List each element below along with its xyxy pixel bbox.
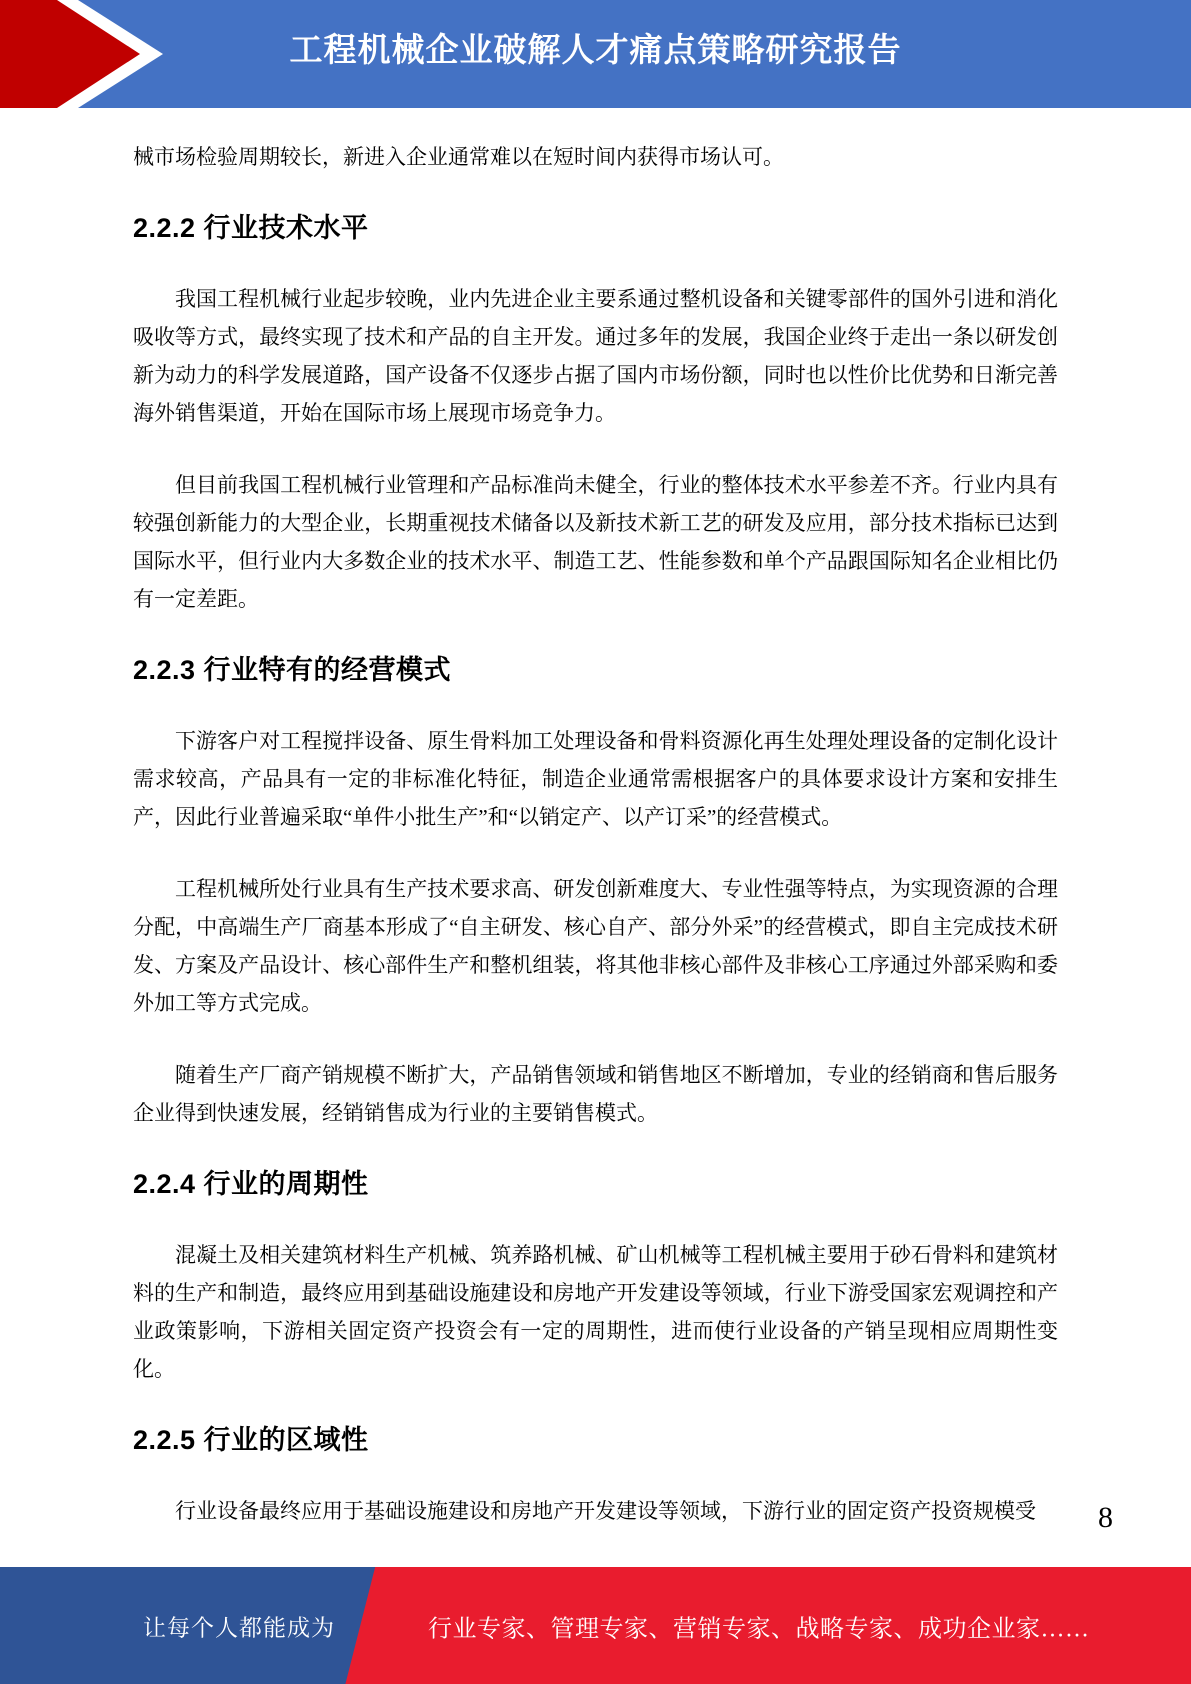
report-page: 工程机械企业破解人才痛点策略研究报告 械市场检验周期较长，新进入企业通常难以在短…: [0, 0, 1191, 1684]
paragraph: 行业设备最终应用于基础设施建设和房地产开发建设等领域，下游行业的固定资产投资规模…: [133, 1492, 1058, 1530]
paragraph: 但目前我国工程机械行业管理和产品标准尚未健全，行业的整体技术水平参差不齐。行业内…: [133, 466, 1058, 618]
footer-slogan-right: 行业专家、管理专家、营销专家、战略专家、成功企业家……: [428, 1608, 1090, 1643]
page-content: 械市场检验周期较长，新进入企业通常难以在短时间内获得市场认可。 2.2.2 行业…: [0, 108, 1191, 1530]
section-industry-technology: 2.2.2 行业技术水平 我国工程机械行业起步较晚，业内先进企业主要系通过整机设…: [133, 210, 1058, 618]
paragraph-continuation: 械市场检验周期较长，新进入企业通常难以在短时间内获得市场认可。: [133, 138, 1058, 176]
section-industry-regionality: 2.2.5 行业的区域性 行业设备最终应用于基础设施建设和房地产开发建设等领域，…: [133, 1422, 1058, 1530]
paragraph: 混凝土及相关建筑材料生产机械、筑养路机械、矿山机械等工程机械主要用于砂石骨料和建…: [133, 1236, 1058, 1388]
report-title: 工程机械企业破解人才痛点策略研究报告: [0, 0, 1191, 108]
page-footer: 让每个人都能成为 行业专家、管理专家、营销专家、战略专家、成功企业家……: [0, 1567, 1191, 1684]
paragraph: 随着生产厂商产销规模不断扩大，产品销售领域和销售地区不断增加，专业的经销商和售后…: [133, 1056, 1058, 1132]
paragraph: 工程机械所处行业具有生产技术要求高、研发创新难度大、专业性强等特点，为实现资源的…: [133, 870, 1058, 1022]
footer-slogan-left: 让每个人都能成为: [143, 1609, 335, 1642]
section-heading-2-2-4: 2.2.4 行业的周期性: [133, 1166, 1058, 1202]
section-heading-2-2-5: 2.2.5 行业的区域性: [133, 1422, 1058, 1458]
paragraph: 下游客户对工程搅拌设备、原生骨料加工处理设备和骨料资源化再生处理处理设备的定制化…: [133, 722, 1058, 836]
section-business-model: 2.2.3 行业特有的经营模式 下游客户对工程搅拌设备、原生骨料加工处理设备和骨…: [133, 652, 1058, 1132]
section-heading-2-2-2: 2.2.2 行业技术水平: [133, 210, 1058, 246]
section-industry-cyclicality: 2.2.4 行业的周期性 混凝土及相关建筑材料生产机械、筑养路机械、矿山机械等工…: [133, 1166, 1058, 1388]
report-header: 工程机械企业破解人才痛点策略研究报告: [0, 0, 1191, 108]
paragraph: 我国工程机械行业起步较晚，业内先进企业主要系通过整机设备和关键零部件的国外引进和…: [133, 280, 1058, 432]
section-heading-2-2-3: 2.2.3 行业特有的经营模式: [133, 652, 1058, 688]
page-number: 8: [1098, 1498, 1113, 1538]
